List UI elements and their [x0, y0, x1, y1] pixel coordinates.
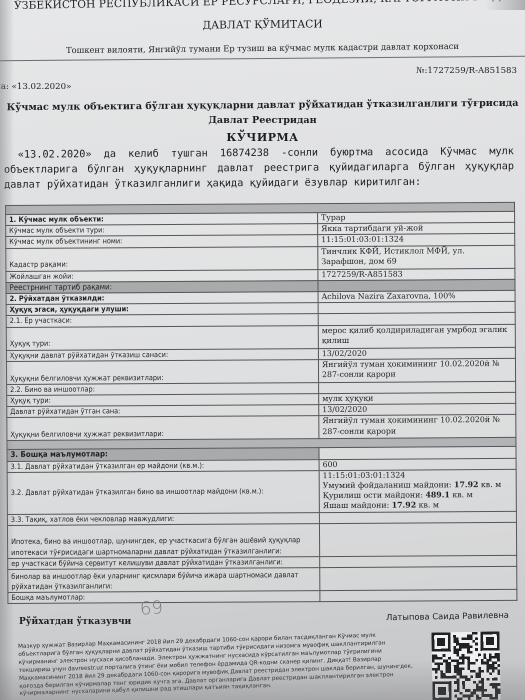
living-area: Яшаш майдони: 17.92 кв. м — [323, 500, 513, 511]
table-row: 3.2. Давлат рўйхатидан ўтказилган бино в… — [7, 469, 516, 514]
document-heading: КЎЧИРМА — [0, 131, 525, 144]
table-row: Ҳуқуқни белгиловчи ҳужжат реквизитлари: … — [7, 415, 516, 441]
row-value — [319, 522, 516, 556]
built-area-label: Қурилиш ости майдони: — [323, 491, 423, 501]
legal-notice: Мазкур ҳужжат Вазирлар Маҳкамасининг 201… — [18, 632, 415, 700]
document-page: ЎЗБЕКИСТОН РЕСПУБЛИКАСИ ЕР РЕСУРСЛАРИ, Г… — [0, 0, 525, 700]
enterprise-subheader: Тошкент вилояти, Янгийўл тумани Ер тузиш… — [0, 40, 525, 55]
table-row: Ипотека, бино ва иншоотлар, шунингдек, е… — [7, 522, 516, 558]
unit: кв. м — [419, 501, 439, 510]
table-row: Кадастр рақами: Тинчлик КФЙ, Истиклол МФ… — [6, 245, 515, 271]
row-value: Тинчлик КФЙ, Истиклол МФЙ, ул. Зарафшон,… — [318, 245, 515, 269]
registry-table: 1. Кўчмас мулк объекти: Турар Кўчмас мул… — [5, 202, 517, 604]
intro-text: «13.02.2020» да келиб тушган 16874238 -с… — [4, 146, 514, 191]
document-title: Кўчмас мулк объектига бўлган ҳуқуқларни … — [0, 98, 525, 114]
row-label: Бошқа маълумотлар: — [8, 591, 320, 604]
qr-code-icon[interactable] — [431, 631, 500, 700]
qr-code-graphic — [431, 631, 500, 700]
living-area-value: 17.92 — [392, 501, 416, 510]
building-area-value: 11:15:01:03:01:1324 Умумий фойдаланиш ма… — [319, 469, 516, 512]
handwritten-note: 69 — [139, 597, 163, 620]
unit: кв. м — [481, 480, 501, 489]
committee-header: ЎЗБЕКИСТОН РЕСПУБЛИКАСИ ЕР РЕСУРСЛАРИ, Г… — [14, 0, 514, 12]
row-label: Кадастр рақами: — [6, 246, 318, 271]
row-value: мерос қилиб қолдириладиган умрбод эгалик… — [318, 324, 515, 348]
registrar-label: Рўйхатдан ўтказувчи — [19, 617, 131, 627]
row-label: бинолар ва иншоотлар ёки уларнинг қисмла… — [8, 568, 320, 593]
row-label: Ҳуқуқ тури: — [6, 325, 318, 350]
living-area-label: Яшаш майдони: — [323, 501, 389, 510]
row-value — [320, 589, 517, 601]
issue-date: ана: «13.02.2020» — [0, 82, 71, 92]
row-label: Ипотека, бино ва иншоотлар, шунингдек, е… — [7, 523, 319, 558]
intro-paragraph: «13.02.2020» да келиб тушган 16874238 -с… — [4, 144, 514, 193]
row-value: Янгийўл туман ҳокимининг 10.02.2020й № 2… — [319, 415, 516, 439]
table-row: Ҳуқуқ тури: мерос қилиб қолдириладиган у… — [6, 324, 515, 350]
total-area-value: 17.92 — [454, 480, 478, 489]
row-label: Ҳуқуқни белгиловчи ҳужжат реквизитлари: — [7, 416, 319, 441]
row-label: Ҳуқуқни белгиловчи ҳужжат реквизитлари: — [6, 359, 318, 384]
row-value: Янгийўл туман ҳокимининг 10.02.2020й № 2… — [318, 358, 515, 382]
divider — [0, 56, 525, 62]
registrar-name: Латыпова Саида Равилевна — [386, 610, 509, 623]
document-number: №:1727259/R-A851583 — [416, 66, 517, 76]
built-area-value: 489.1 — [425, 491, 449, 500]
committee-header-line2: ДАВЛАТ ҚЎМИТАСИ — [0, 16, 525, 33]
total-area: Умумий фойдаланиш майдони: 17.92 кв. м — [323, 480, 513, 491]
unit: кв. м — [452, 490, 472, 499]
table-row: бинолар ва иншоотлар ёки уларнинг қисмла… — [8, 566, 517, 592]
row-value — [320, 566, 517, 590]
table-row: Ҳуқуқни белгиловчи ҳужжат реквизитлари: … — [6, 358, 515, 384]
total-area-label: Умумий фойдаланиш майдони: — [323, 480, 452, 490]
document-title-line2: Давлат Реестридан — [0, 115, 525, 126]
building-area-label: 3.2. Давлат рўйхатидан ўтказилган бино в… — [7, 470, 319, 514]
